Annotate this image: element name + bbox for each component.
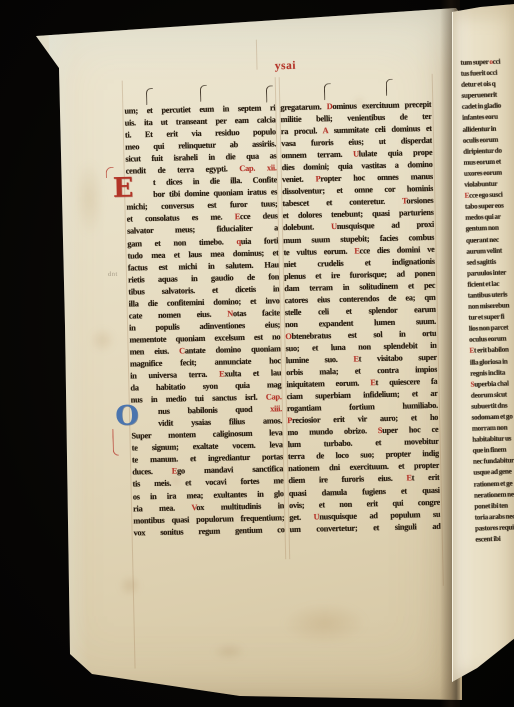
body-text: niet crudelis et indignationis xyxy=(284,256,435,268)
body-text: superuenerit xyxy=(461,91,497,100)
body-text: quasi damula fugiens et quasi xyxy=(289,485,440,497)
body-text: mo mundo obrizo. xyxy=(287,426,378,437)
body-text: dolebunt. xyxy=(283,223,331,233)
body-text: dissolventur; et omne cor hominis xyxy=(282,184,433,196)
body-text: cce ego susci xyxy=(469,191,503,200)
running-title: ysai xyxy=(254,59,316,75)
text-line: vox sonitus regum gentium co xyxy=(133,525,284,540)
body-text: get. xyxy=(289,512,313,522)
body-text: men eius. xyxy=(130,346,180,356)
body-text: catores eius conterendos de ea; qm xyxy=(284,293,435,305)
body-text: nus in medio tui sanctus isrl. xyxy=(131,393,266,405)
body-text: suo; et luna non splendebit in xyxy=(286,341,437,353)
parchment-sheen xyxy=(22,1,455,82)
body-text: in universa terra. xyxy=(130,370,219,381)
body-text: detur et ois q xyxy=(461,80,496,89)
body-text: cadet in gladio xyxy=(462,102,501,111)
body-text: tis meis. et vocavi fortes me xyxy=(132,477,283,489)
body-text: os in ira mea; exultantes in glo xyxy=(133,489,284,501)
body-text: sicut fuit israheli in die qua as xyxy=(125,151,276,163)
chapter13-initial: O xyxy=(114,403,141,429)
parchment-stain xyxy=(89,327,116,354)
photo-stage: ysai dnt E O um; et percutiet eum in sep… xyxy=(0,0,514,707)
body-text: orsiones xyxy=(406,196,433,206)
body-text: um; et percutiet eum in septem ri xyxy=(124,103,275,115)
body-text: ponet ibi ten xyxy=(474,501,508,510)
body-text: mus eorum et xyxy=(463,158,501,167)
body-text: rogantiam fortium humiliabo. xyxy=(287,401,438,413)
body-text: te vultus eorum. xyxy=(283,246,354,257)
body-text: plenus et ire furorisque; ad ponen xyxy=(284,269,435,281)
body-text: duces. xyxy=(132,467,172,477)
body-text: nationem dni exercituum. et propter xyxy=(288,461,439,473)
body-text: tus fuerit occi xyxy=(461,69,498,78)
next-folio: tum super occitus fuerit occidetur et oi… xyxy=(449,0,514,707)
body-text: cci xyxy=(493,58,501,66)
body-text: paruulos inter xyxy=(467,268,506,277)
body-text: pastores requi xyxy=(475,523,514,532)
parchment-stain xyxy=(281,601,368,645)
body-text: oculis eorum xyxy=(463,135,498,144)
body-text: ti. Et erit via residuo populo xyxy=(125,127,276,139)
ascender-flourish xyxy=(386,79,393,96)
text-column-left: E O um; et percutiet eum in septem riuis… xyxy=(124,103,284,540)
body-text: Super montem caliginosum leva xyxy=(131,428,282,440)
body-text: te signum; exaltate vocem. leva xyxy=(132,441,283,453)
body-text: tabo super eos xyxy=(465,202,504,211)
body-text: usque ad gene xyxy=(473,468,511,477)
body-text: montibus quasi populorum frequentium; xyxy=(133,513,284,525)
body-text: ominus exercituum precepit xyxy=(332,100,431,111)
body-text: illa die confitemini domino; et invo xyxy=(128,296,279,308)
next-folio-page-edge: tum super occitus fuerit occidetur et oi… xyxy=(452,4,514,694)
body-text: militie belli; venientibus de ter xyxy=(281,112,432,124)
body-text: uper hoc ce xyxy=(382,425,438,435)
body-text: magnifice fecit; annunciate hoc xyxy=(130,356,281,368)
body-text: uia forti xyxy=(241,236,279,246)
body-text: summitate celi dominus et xyxy=(328,124,432,135)
body-text: toria arabs nec xyxy=(475,512,514,521)
page-content: ysai dnt E O um; et percutiet eum in sep… xyxy=(22,1,469,704)
body-text: cce deus xyxy=(240,212,278,222)
body-text: sed sagittis xyxy=(467,258,496,267)
body-text: terra de loco suo; propter indig xyxy=(288,449,439,461)
body-text: t dices in die illa. Confite xyxy=(153,176,277,188)
body-text: nusquisque ad populum su xyxy=(319,509,440,521)
body-text: gregatarum. xyxy=(280,102,326,112)
ascender-flourish xyxy=(146,88,153,105)
body-text: uis. ita ut transeant per eam calcia xyxy=(125,115,276,127)
body-text: t erit xyxy=(412,473,440,483)
body-text: nec fundabitur xyxy=(473,457,514,466)
parchment-stain xyxy=(212,642,246,661)
body-text: querant nec xyxy=(466,235,499,244)
body-text: tur et super fi xyxy=(468,313,504,322)
body-text: cendit de terra egypti. xyxy=(126,164,240,175)
body-text: violabuntur xyxy=(464,180,497,189)
body-text: cce dies domini ve xyxy=(359,244,434,255)
body-text: ox multitudinis in xyxy=(196,501,284,512)
body-text: vox sonitus regum gentium co xyxy=(133,525,284,537)
ascender-flourish xyxy=(324,83,331,100)
body-text: infantes eoru xyxy=(462,113,498,122)
body-text: diripientur do xyxy=(463,146,502,155)
body-text: iniquitatem eorum. xyxy=(286,378,370,389)
body-text: et consolatus es me. xyxy=(127,213,235,224)
ascender-flourish xyxy=(266,85,273,102)
body-text: da habitatio syon quia mag xyxy=(130,380,281,392)
body-text: tibus salvatoris. et dicetis in xyxy=(128,284,279,296)
body-text: nus babilonis quod xyxy=(158,405,270,416)
body-text: morram non xyxy=(472,424,508,433)
body-text: tudo mea et laus mea dominus; et xyxy=(127,248,278,260)
body-text: cate nomen eius. xyxy=(129,309,228,320)
body-text: vidit ysaias filius amos. xyxy=(158,416,282,428)
rubric-text: Cap. xii. xyxy=(239,164,277,174)
body-text: et dolores tenebunt; quasi parturiens xyxy=(283,208,434,220)
body-text: omnem terram. xyxy=(281,150,353,161)
body-text: btenebratus est sol in ortu xyxy=(291,329,436,341)
parchment-stain xyxy=(119,574,141,596)
body-text: rationem et ge xyxy=(474,479,513,488)
body-text: ria mea. xyxy=(133,503,192,513)
body-text: ropter hoc omnes manus xyxy=(320,172,433,183)
body-text: nerationem nec xyxy=(474,490,514,499)
body-text: non expandent lumen suum. xyxy=(285,317,436,329)
body-text: gam et non timebo. xyxy=(127,237,236,248)
body-text: ciam superbiam infidelium; et ar xyxy=(287,389,438,401)
manuscript-page: ysai dnt E O um; et percutiet eum in sep… xyxy=(30,6,462,700)
ascender-flourish xyxy=(200,85,207,102)
body-text: que in finem xyxy=(472,446,506,455)
body-text: t quiescere fa xyxy=(376,377,438,387)
body-text: habitabitur us xyxy=(472,435,511,444)
body-text: sodomam et go xyxy=(471,412,512,421)
body-text: t erit babilon xyxy=(474,346,509,355)
body-text: salvator meus; fiducialiter a xyxy=(127,224,278,236)
body-text: uxores eorum xyxy=(464,169,502,178)
body-text: lulate quia prope xyxy=(359,148,433,159)
body-text: medos qui ar xyxy=(465,213,501,222)
body-text: ficient et lac xyxy=(467,280,499,289)
body-text: stelle celi et splendor earum xyxy=(285,305,436,317)
body-text: antate domino quoniam xyxy=(185,344,281,355)
rubric-text: Cap. xyxy=(266,392,282,401)
body-text: oculus eorum xyxy=(469,335,506,344)
body-text: uperbia chal xyxy=(474,379,509,388)
next-folio-text: tum super occitus fuerit occidetur et oi… xyxy=(460,57,514,550)
body-text: tantibus uteris xyxy=(468,291,508,300)
margin-note: dnt xyxy=(108,271,118,278)
body-text: mementote quoniam excelsum est no xyxy=(129,332,280,344)
body-text: non miserebun xyxy=(468,302,509,311)
body-text: reciosior erit vir auro; et ho xyxy=(292,413,438,425)
body-text: tum super xyxy=(460,58,489,67)
body-text: michi; conversus est furor tuus; xyxy=(126,200,277,212)
body-text: gentum non xyxy=(466,224,499,233)
body-text: nusquisque ad proxi xyxy=(337,220,434,231)
body-text: ra procul. xyxy=(281,126,323,136)
body-text: tabescet et conteretur. xyxy=(282,197,402,209)
body-text: xulta et lau xyxy=(224,368,281,378)
parchment-stain xyxy=(73,159,105,238)
body-text: lum turbabo. et movebitur xyxy=(288,437,439,449)
body-text: veniet. xyxy=(282,175,316,185)
body-text: go mandavi sanctifica xyxy=(177,465,283,476)
body-text: lios non parcet xyxy=(469,324,509,333)
body-text: vasa furoris eius; ut disperdat xyxy=(281,136,432,148)
body-text: mum suum stupebit; facies combus xyxy=(283,232,434,244)
text-column-right: gregatarum. Dominus exercituum precepitm… xyxy=(280,100,440,537)
body-text: te manum. et ingrediantur portas xyxy=(132,453,283,465)
body-text: illa gloriosa in xyxy=(470,357,508,366)
body-text: escent ibi xyxy=(475,535,500,544)
body-text: allidentur in xyxy=(462,124,496,133)
body-text: diem ire furoris eius. xyxy=(288,474,406,486)
body-text: in populis adinventiones eius; xyxy=(129,320,280,332)
body-text: orbis mala; et contra impios xyxy=(286,365,437,377)
body-text: aurum velint xyxy=(466,246,502,255)
body-text: factus est michi in salutem. Hau xyxy=(128,260,279,272)
body-text: regnis inclita xyxy=(470,368,505,377)
rubric-text: xiii. xyxy=(270,404,282,413)
body-text: ovis; et non erit qui congre xyxy=(289,497,440,509)
text-line: um convertetur; et singuli ad xyxy=(289,521,440,536)
body-text: um convertetur; et singuli ad xyxy=(289,521,440,533)
chapter12-initial: E xyxy=(110,175,137,201)
body-text: subuertit dns xyxy=(471,402,507,411)
initial-flourish xyxy=(112,429,119,456)
body-text: dam terram in solitudinem et pec xyxy=(284,281,435,293)
parchment-sheen xyxy=(49,30,89,670)
body-text: dies domini; quia vastitas a domino xyxy=(282,160,433,172)
body-text: rietis aquas in gaudio de fon xyxy=(128,272,279,284)
body-text: lumine suo. xyxy=(286,355,354,365)
body-text: t visitabo super xyxy=(359,353,437,364)
text-line: escent ibi xyxy=(475,534,514,547)
body-text: deorum sicut xyxy=(471,390,507,399)
body-text: bor tibi domine quoniam iratus es xyxy=(153,188,277,200)
body-text: otas facite xyxy=(233,308,280,318)
body-text: meo qui relinquetur ab assiriis. xyxy=(125,139,276,151)
